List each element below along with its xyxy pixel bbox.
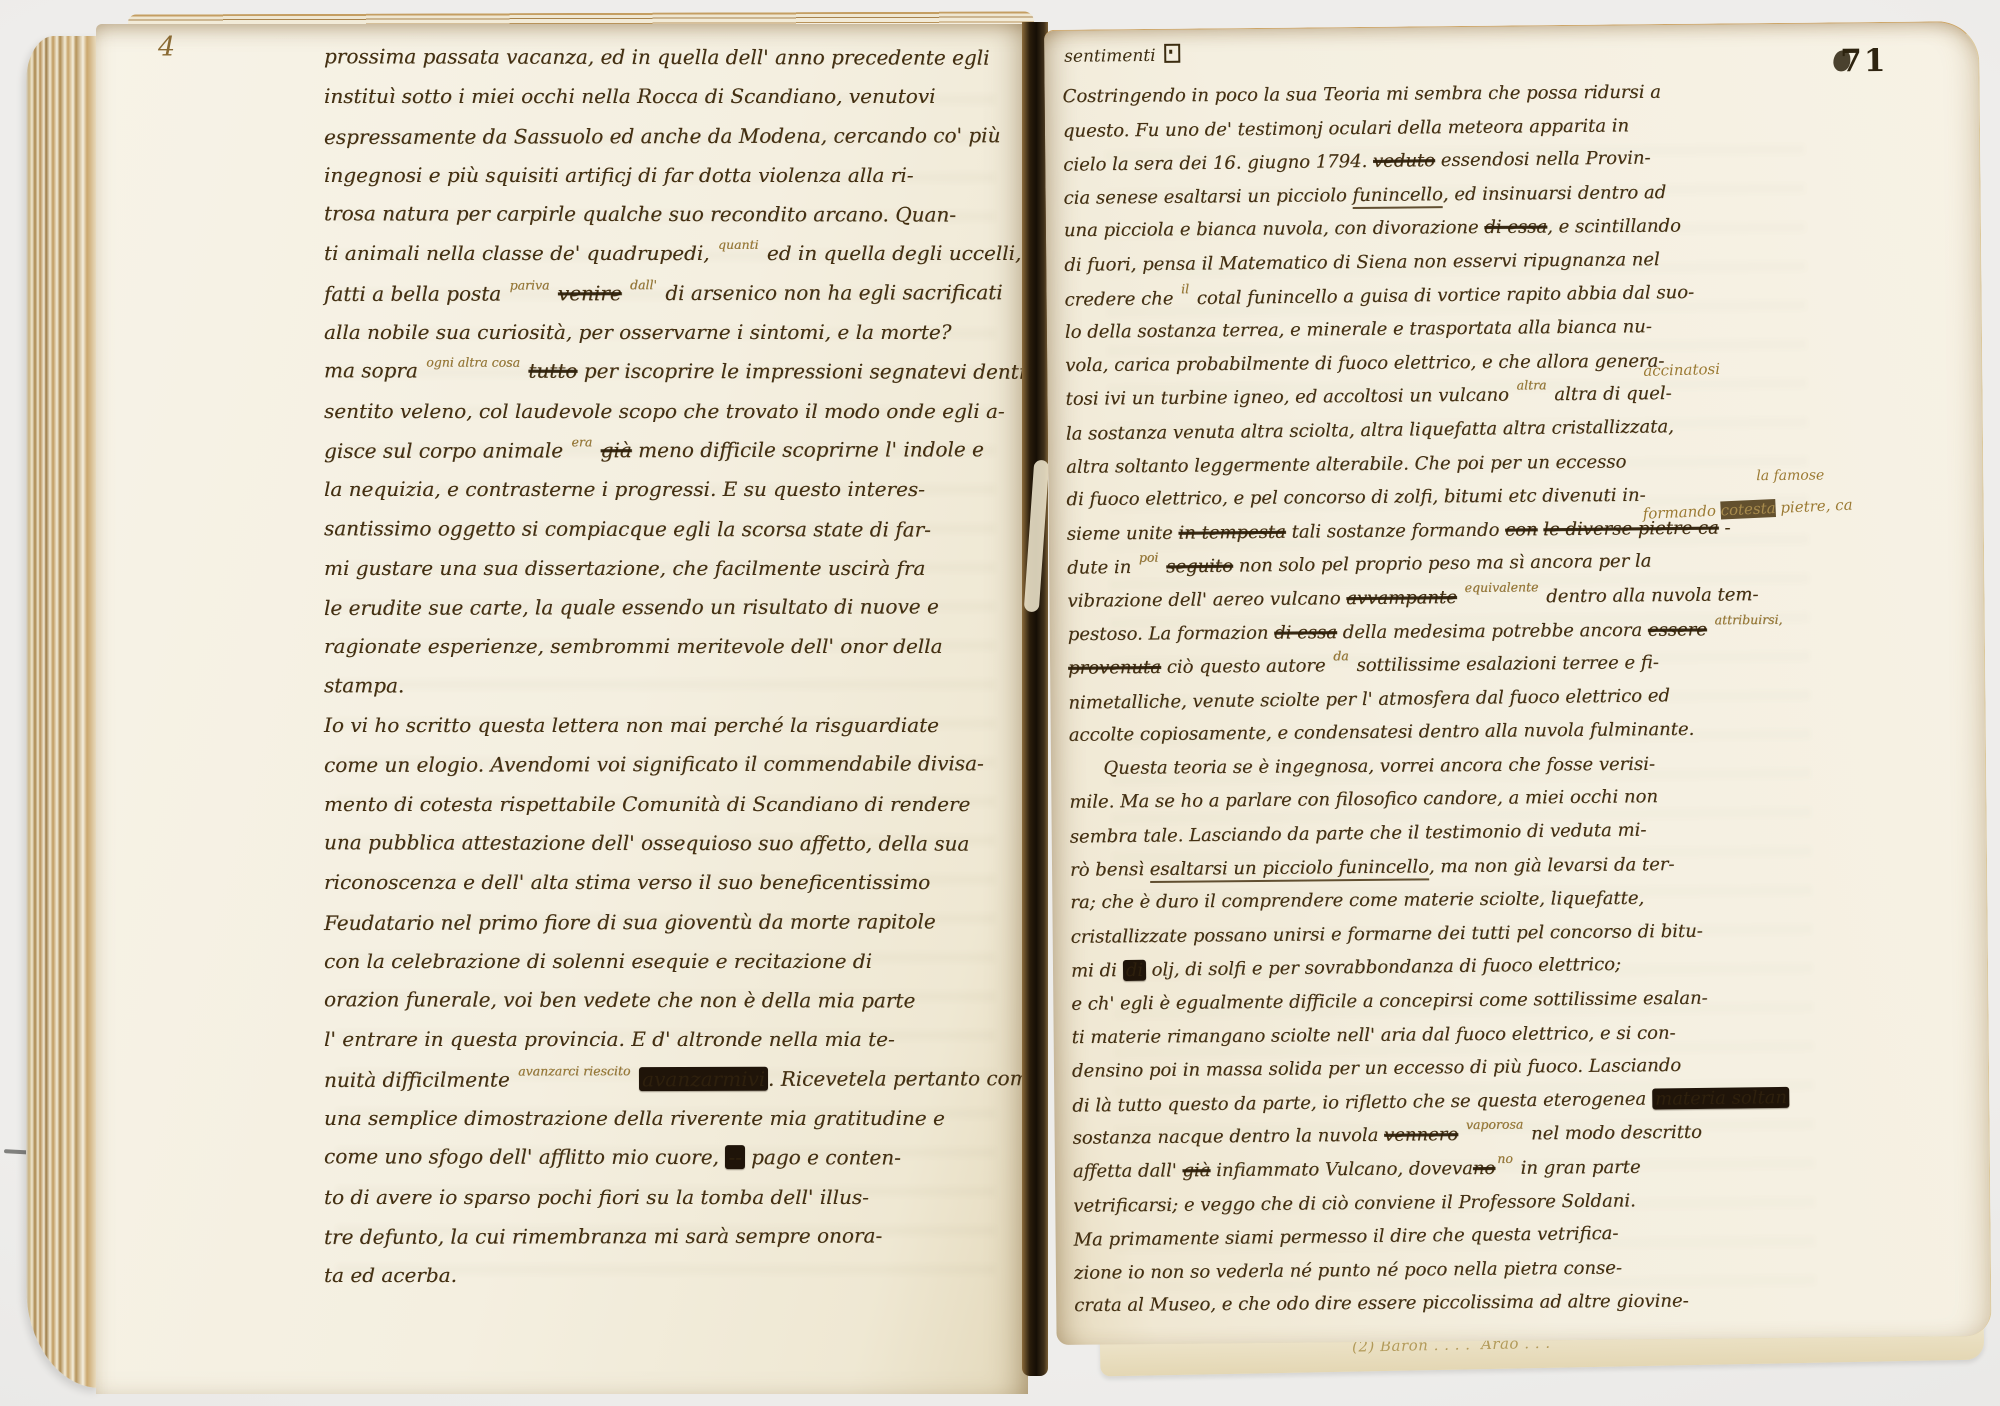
manuscript-line: vola, carica probabilmente di fuoco elet…	[1065, 344, 1705, 382]
manuscript-line: ma sopra ogni altra cosa tutto per iscop…	[324, 352, 1048, 393]
manuscript-line: ti animali nella classe de' quadrupedi, …	[324, 234, 1048, 273]
manuscript-line: ti materie rimangano sciolte nell' aria …	[1072, 1016, 1712, 1054]
manuscript-line: altra soltanto leggermente alterabile. C…	[1066, 444, 1706, 484]
left-page-stack-edges	[26, 36, 100, 1388]
manuscript-line: una pubblica attestazione dell' ossequio…	[324, 823, 1048, 864]
right-page-header: sentimenti	[1064, 44, 1181, 67]
manuscript-line: e ch' egli è egualmente difficile a conc…	[1071, 982, 1711, 1022]
margin-note: la famose	[1756, 468, 1824, 485]
manuscript-line: una semplice dimostrazione della riveren…	[324, 1099, 1048, 1138]
manuscript-line: come uno sfogo dell' afflitto mio cuore,…	[324, 1138, 1048, 1179]
manuscript-line: le erudite sue carte, la quale essendo u…	[324, 587, 1048, 628]
manuscript-line: credere che il cotal funincello a guisa …	[1064, 275, 1704, 316]
manuscript-line: riconoscenza e dell' alta stima verso il…	[324, 863, 1048, 902]
book-gutter	[1022, 22, 1048, 1376]
manuscript-line: prossima passata vacanza, ed in quella d…	[324, 37, 1048, 78]
left-page-number: 4	[158, 32, 175, 63]
manuscript-line: vibrazione dell' aereo vulcano avvampant…	[1067, 579, 1707, 619]
manuscript-line: una picciola e bianca nuvola, con divora…	[1064, 210, 1704, 248]
manuscript-line: la nequizia, e contrasterne i progressi.…	[324, 470, 1048, 509]
manuscript-line: ragionate esperienze, sembrommi meritevo…	[324, 627, 1048, 666]
manuscript-line: stampa.	[324, 666, 1048, 707]
manuscript-line: nuità difficilmente avanzarci riescito a…	[324, 1059, 1048, 1100]
manuscript-line: alla nobile sua curiosità, per osservarn…	[324, 313, 1048, 352]
manuscript-line: affetta dall' già infiammato Vulcano, do…	[1073, 1150, 1713, 1188]
manuscript-line: mento di cotesta rispettabile Comunità d…	[324, 785, 1048, 824]
manuscript-line: con la celebrazione di solenni esequie e…	[324, 942, 1048, 981]
manuscript-line: sentito veleno, col laudevole scopo che …	[324, 392, 1048, 431]
manuscript-line: espressamente da Sassuolo ed anche da Mo…	[324, 116, 1048, 157]
manuscript-line: l' entrare in questa provincia. E d' alt…	[324, 1020, 1048, 1059]
manuscript-line: Questa teoria se è ingegnosa, vorrei anc…	[1069, 747, 1709, 785]
manuscript-line: crata al Museo, e che odo dire essere pi…	[1074, 1285, 1714, 1323]
manuscript-line: come un elogio. Avendomi voi significato…	[324, 744, 1048, 785]
manuscript-line: Costringendo in poco la sua Teoria mi se…	[1063, 75, 1703, 113]
square-icon	[1165, 44, 1181, 63]
right-page-number: 71	[1840, 43, 1887, 79]
gutter-repair-patch	[1024, 460, 1050, 613]
header-word: sentimenti	[1064, 46, 1156, 67]
manuscript-line: santissimo oggetto si compiacque egli la…	[324, 509, 1048, 550]
manuscript-line: gisce sul corpo animale era già meno dif…	[324, 430, 1048, 471]
manuscript-line: fatti a bella posta pariva venire dall' …	[324, 273, 1048, 314]
margin-note: accinatosi	[1643, 360, 1720, 380]
manuscript-line: ta ed acerba.	[324, 1256, 1048, 1295]
right-page: sentimenti 71 Costringendo in poco la su…	[1044, 21, 1992, 1345]
manuscript-line: Feudatario nel primo fiore di sua gioven…	[324, 902, 1048, 943]
left-page: 4 prossima passata vacanza, ed in quella…	[96, 24, 1028, 1394]
manuscript-line: to di avere io sparso pochi fiori su la …	[324, 1178, 1048, 1217]
photo-background: (2) Baron . . . . Arao . . . 4 prossima …	[0, 0, 2000, 1406]
margin-notes: accinatosila famoseformando cotesta piet…	[1044, 22, 1978, 31]
manuscript-line: instituì sotto i miei occhi nella Rocca …	[324, 77, 1048, 116]
manuscript-line: orazion funerale, voi ben vedete che non…	[324, 980, 1048, 1021]
manuscript-line: tre defunto, la cui rimembranza mi sarà …	[324, 1216, 1048, 1257]
right-page-text: Costringendo in poco la sua Teoria mi se…	[1062, 75, 1714, 1324]
manuscript-line: trosa natura per carpirle qualche suo re…	[324, 194, 1048, 235]
left-page-text: prossima passata vacanza, ed in quella d…	[324, 38, 1048, 1296]
manuscript-line: Io vi ho scritto questa lettera non mai …	[324, 706, 1048, 745]
manuscript-line: pestoso. La formazion di essa della mede…	[1068, 613, 1708, 651]
manuscript-line: di fuoco elettrico, e pel concorso di zo…	[1066, 478, 1706, 516]
manuscript-line: ingegnosi e più squisiti artificj di far…	[324, 156, 1048, 195]
manuscript-line: mi gustare una sua dissertazione, che fa…	[324, 549, 1048, 588]
manuscript-line: ra; che è duro il comprendere come mater…	[1070, 882, 1710, 920]
